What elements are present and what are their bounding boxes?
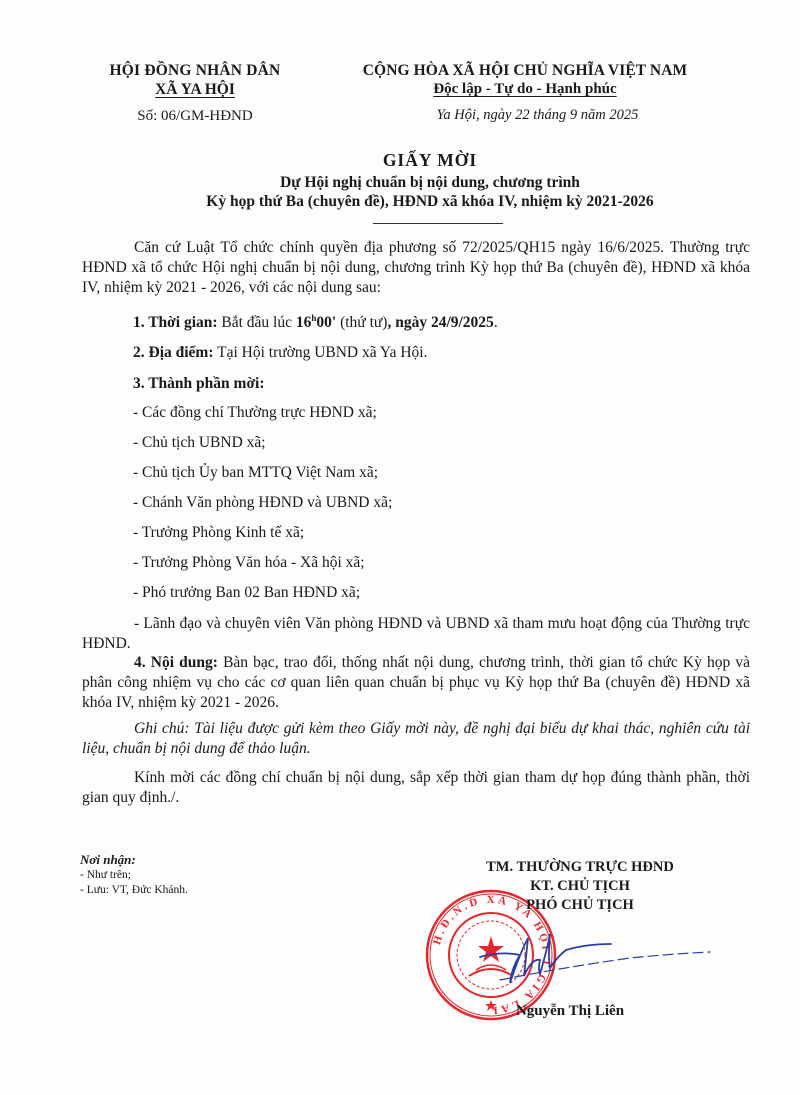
- document-subtitle-2: Kỳ họp thứ Ba (chuyên đề), HĐND xã khóa …: [150, 193, 710, 211]
- attendee-item: - Lãnh đạo và chuyên viên Văn phòng HĐND…: [82, 614, 750, 654]
- section-content-label: 4. Nội dung:: [134, 654, 218, 671]
- handwritten-signature-icon: [460, 915, 720, 995]
- document-title: GIẤY MỜI: [150, 150, 710, 171]
- recipient-item: - Lưu: VT, Đức Khánh.: [80, 883, 320, 898]
- meeting-date: , ngày 24/9/2025: [387, 314, 493, 331]
- section-time-label: 1. Thời gian:: [133, 314, 218, 331]
- attendee-item: - Chánh Văn phòng HĐND và UBND xã;: [133, 494, 392, 512]
- attendee-item: - Trưởng Phòng Văn hóa - Xã hội xã;: [133, 554, 365, 572]
- signature-title-2: KT. CHỦ TỊCH: [430, 877, 730, 896]
- document-subtitle-1: Dự Hội nghị chuẩn bị nội dung, chương tr…: [150, 174, 710, 192]
- recipients-heading: Nơi nhận:: [80, 852, 320, 868]
- location-text: Tại Hội trường UBND xã Ya Hội.: [214, 344, 428, 361]
- issuing-authority: HỘI ĐỒNG NHÂN DÂN XÃ YA HỘI Số: 06/GM-HĐ…: [90, 62, 300, 125]
- signature-block: TM. THƯỜNG TRỰC HĐND KT. CHỦ TỊCH PHÓ CH…: [430, 858, 730, 915]
- org-commune: XÃ YA HỘI: [155, 81, 235, 98]
- section-content: 4. Nội dung: Bàn bạc, trao đổi, thống nh…: [82, 653, 750, 713]
- org-name: HỘI ĐỒNG NHÂN DÂN: [90, 62, 300, 80]
- title-divider: [373, 223, 503, 224]
- note-paragraph: Ghi chú: Tài liệu được gửi kèm theo Giấy…: [82, 719, 750, 759]
- attendee-item: - Trưởng Phòng Kinh tế xã;: [133, 524, 304, 542]
- recipients-block: Nơi nhận: - Như trên; - Lưu: VT, Đức Khá…: [80, 852, 320, 898]
- document-number: Số: 06/GM-HĐND: [90, 108, 300, 125]
- intro-paragraph: Căn cứ Luật Tổ chức chính quyền địa phươ…: [82, 238, 750, 298]
- attendee-item: - Chủ tịch UBND xã;: [133, 434, 266, 452]
- signature-title-3: PHÓ CHỦ TỊCH: [430, 896, 730, 915]
- nation-name: CỘNG HÒA XÃ HỘI CHỦ NGHĨA VIỆT NAM: [320, 62, 730, 80]
- place-date: Ya Hội, ngày 22 tháng 9 năm 2025: [320, 107, 730, 124]
- section-attendees-label: 3. Thành phần mời:: [133, 375, 265, 393]
- national-header: CỘNG HÒA XÃ HỘI CHỦ NGHĨA VIỆT NAM Độc l…: [320, 62, 730, 124]
- attendee-item: - Các đồng chí Thường trực HĐND xã;: [133, 404, 377, 422]
- attendee-item: - Phó trưởng Ban 02 Ban HĐND xã;: [133, 584, 360, 602]
- start-time: 16h00': [296, 314, 336, 331]
- section-time: 1. Thời gian: Bắt đầu lúc 16h00' (thứ tư…: [133, 313, 498, 332]
- section-location: 2. Địa điểm: Tại Hội trường UBND xã Ya H…: [133, 344, 427, 362]
- national-motto: Độc lập - Tự do - Hạnh phúc: [433, 81, 616, 97]
- closing-paragraph: Kính mời các đồng chí chuẩn bị nội dung,…: [82, 768, 750, 808]
- signer-name: Nguyễn Thị Liên: [470, 1003, 670, 1020]
- document-title-block: GIẤY MỜI Dự Hội nghị chuẩn bị nội dung, …: [150, 150, 710, 211]
- signature-title-1: TM. THƯỜNG TRỰC HĐND: [430, 858, 730, 877]
- section-location-label: 2. Địa điểm:: [133, 344, 214, 361]
- recipient-item: - Như trên;: [80, 868, 320, 883]
- attendee-item: - Chủ tịch Ủy ban MTTQ Việt Nam xã;: [133, 464, 378, 482]
